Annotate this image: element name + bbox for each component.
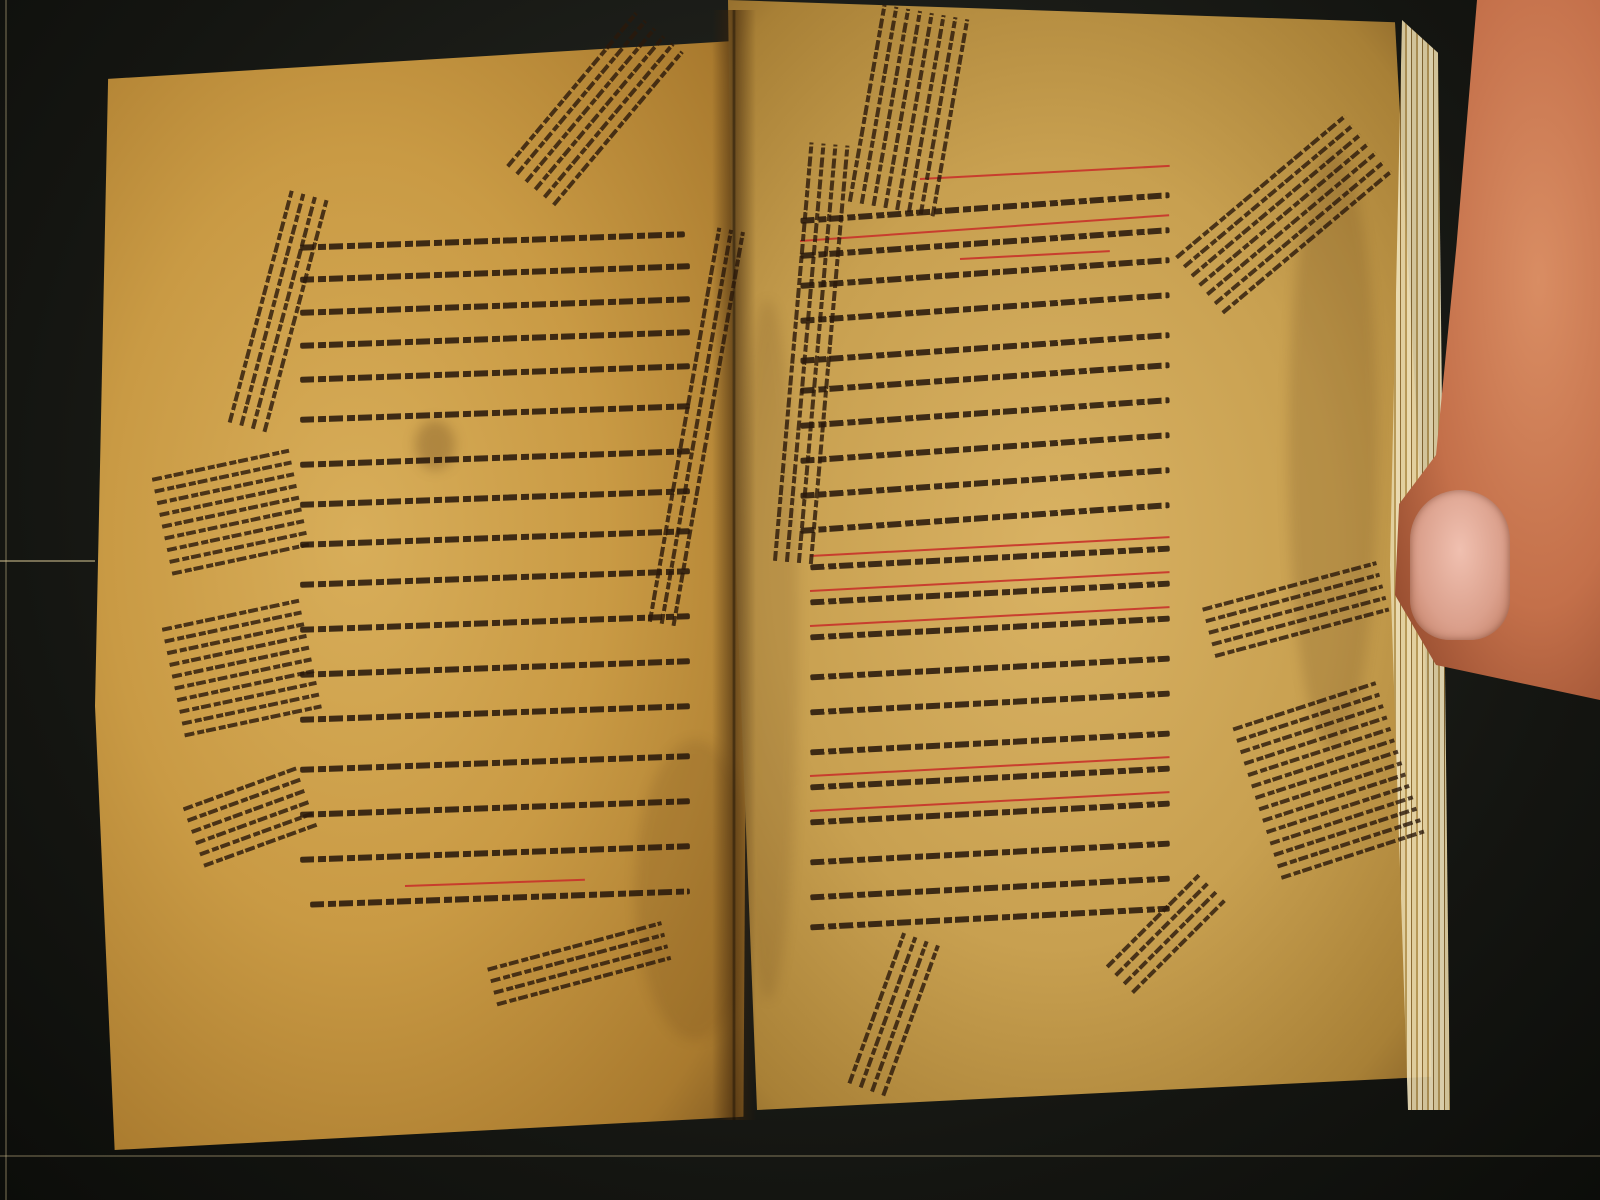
thumb-nail [1410,490,1510,640]
background-border-line [0,560,95,562]
book-gutter [712,10,756,1120]
background-border-line [5,0,7,1200]
background-border-line [0,1155,1600,1157]
